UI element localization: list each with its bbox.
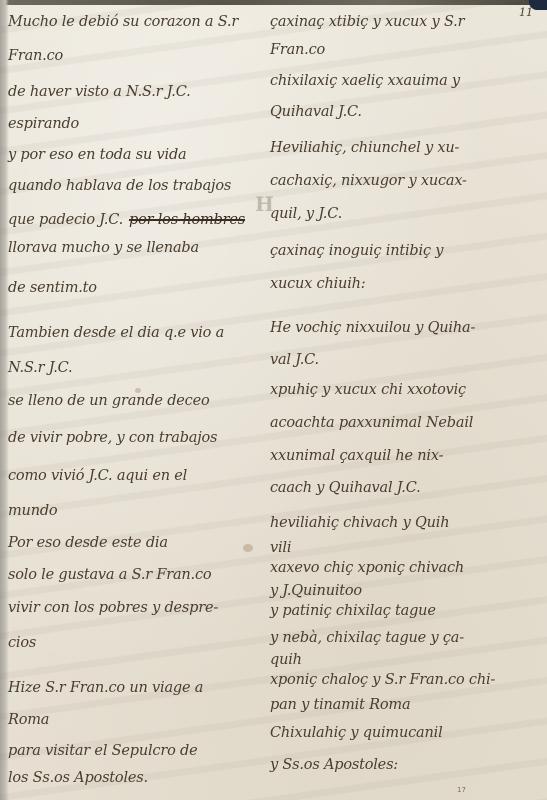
- manuscript-line: Mucho le debió su corazon a S.r: [8, 14, 238, 30]
- line-text: caach y Quihaval J.C.: [270, 480, 421, 496]
- line-text: val J.C.: [270, 352, 319, 368]
- line-text: Fran.co: [270, 42, 325, 58]
- manuscript-line: çaxinaç xtibiç y xucux y S.r: [270, 14, 464, 30]
- manuscript-line: cios: [8, 635, 36, 651]
- line-text: acoachta paxxunimal Nebail: [270, 415, 473, 431]
- line-text: quih: [270, 652, 302, 668]
- manuscript-line: Fran.co: [270, 42, 325, 58]
- manuscript-line: de vivir pobre, y con trabajos: [8, 430, 217, 446]
- manuscript-line: pan y tinamit Roma: [270, 697, 410, 713]
- manuscript-line: espirando: [8, 116, 79, 132]
- line-text: quil, y J.C.: [270, 206, 342, 222]
- line-text: cachaxiç, nixxugor y xucax-: [270, 173, 467, 189]
- manuscript-line: chixilaxiç xaeliç xxauima y: [270, 73, 460, 89]
- manuscript-line: quil, y J.C.: [270, 206, 342, 222]
- line-text: He vochiç nixxuilou y Quiha-: [270, 320, 475, 336]
- paper-stain: [243, 544, 253, 552]
- line-text: xxunimal çaxquil he nix-: [270, 448, 443, 464]
- line-text: como vivió J.C. aqui en el: [8, 468, 187, 484]
- line-text: Tambien desde el dia q.e vio a: [8, 325, 224, 341]
- manuscript-line: He vochiç nixxuilou y Quiha-: [270, 320, 475, 336]
- manuscript-line: y Ss.os Apostoles:: [270, 757, 398, 773]
- line-text: xpuhiç y xucux chi xxotoviç: [270, 382, 466, 398]
- line-text: xaxevo chiç xponiç chivach: [270, 560, 464, 576]
- manuscript-line: como vivió J.C. aqui en el: [8, 468, 187, 484]
- line-text: Heviliahiç, chiunchel y xu-: [270, 140, 459, 156]
- line-text: Chixulahiç y quimucanil: [270, 725, 443, 741]
- manuscript-line: llorava mucho y se llenaba: [8, 240, 199, 256]
- line-text: y J.Quinuitoo: [270, 583, 362, 599]
- manuscript-line: y patiniç chixilaç tague: [270, 603, 436, 619]
- page-mark: 17: [457, 786, 466, 794]
- line-text: y patiniç chixilaç tague: [270, 603, 436, 619]
- line-text: çaxinaç inoguiç intibiç y: [270, 243, 443, 259]
- manuscript-page: H 11 Mucho le debió su corazon a S.rFran…: [0, 0, 547, 800]
- manuscript-line: çaxinaç inoguiç intibiç y: [270, 243, 443, 259]
- manuscript-line: xponiç chaloç y S.r Fran.co chi-: [270, 672, 495, 688]
- line-text: y nebà, chixilaç tague y ça-: [270, 630, 464, 646]
- manuscript-line: quih: [270, 652, 302, 668]
- line-text: los Ss.os Apostoles.: [8, 770, 148, 786]
- line-text: xucux chiuih:: [270, 276, 365, 292]
- line-text: de haver visto a N.S.r J.C.: [8, 84, 190, 100]
- line-text: para visitar el Sepulcro de: [8, 743, 198, 759]
- line-text: pan y tinamit Roma: [270, 697, 410, 713]
- line-text: Fran.co: [8, 48, 63, 64]
- line-text: xponiç chaloç y S.r Fran.co chi-: [270, 672, 495, 688]
- line-text: mundo: [8, 503, 57, 519]
- line-text: heviliahiç chivach y Quih: [270, 515, 449, 531]
- manuscript-line: Heviliahiç, chiunchel y xu-: [270, 140, 459, 156]
- line-text: que padecio J.C.: [8, 212, 123, 228]
- line-text: chixilaxiç xaeliç xxauima y: [270, 73, 460, 89]
- line-text: llorava mucho y se llenaba: [8, 240, 199, 256]
- manuscript-line: Roma: [8, 712, 49, 728]
- line-text: Mucho le debió su corazon a S.r: [8, 14, 238, 30]
- manuscript-line: caach y Quihaval J.C.: [270, 480, 421, 496]
- manuscript-line: acoachta paxxunimal Nebail: [270, 415, 473, 431]
- manuscript-line: val J.C.: [270, 352, 319, 368]
- line-text: vili: [270, 540, 291, 556]
- line-text: solo le gustava a S.r Fran.co: [8, 567, 211, 583]
- line-text: cios: [8, 635, 36, 651]
- manuscript-line: Tambien desde el dia q.e vio a: [8, 325, 224, 341]
- manuscript-line: N.S.r J.C.: [8, 360, 72, 376]
- manuscript-line: y nebà, chixilaç tague y ça-: [270, 630, 464, 646]
- manuscript-line: mundo: [8, 503, 57, 519]
- line-text: se lleno de un grande deceo: [8, 393, 210, 409]
- manuscript-line: para visitar el Sepulcro de: [8, 743, 198, 759]
- page-top-edge: [0, 0, 547, 5]
- line-text: y Ss.os Apostoles:: [270, 757, 398, 773]
- line-text: Quihaval J.C.: [270, 104, 362, 120]
- manuscript-line: vivir con los pobres y despre-: [8, 600, 218, 616]
- manuscript-line: xucux chiuih:: [270, 276, 365, 292]
- manuscript-line: de sentim.to: [8, 280, 97, 296]
- struck-through-text: por los hombres: [129, 212, 245, 228]
- manuscript-line: Fran.co: [8, 48, 63, 64]
- manuscript-line: y por eso en toda su vida: [8, 147, 186, 163]
- manuscript-line: Hize S.r Fran.co un viage a: [8, 680, 203, 696]
- line-text: Hize S.r Fran.co un viage a: [8, 680, 203, 696]
- manuscript-line: que padecio J.C.por los hombres: [8, 212, 245, 228]
- manuscript-line: Chixulahiç y quimucanil: [270, 725, 443, 741]
- line-text: quando hablava de los trabajos: [8, 178, 231, 194]
- manuscript-line: cachaxiç, nixxugor y xucax-: [270, 173, 467, 189]
- manuscript-line: vili: [270, 540, 291, 556]
- manuscript-line: y J.Quinuitoo: [270, 583, 362, 599]
- manuscript-line: solo le gustava a S.r Fran.co: [8, 567, 211, 583]
- manuscript-line: Quihaval J.C.: [270, 104, 362, 120]
- line-text: çaxinaç xtibiç y xucux y S.r: [270, 14, 464, 30]
- manuscript-line: se lleno de un grande deceo: [8, 393, 210, 409]
- manuscript-line: Por eso desde este dia: [8, 535, 168, 551]
- manuscript-line: los Ss.os Apostoles.: [8, 770, 148, 786]
- line-text: espirando: [8, 116, 79, 132]
- manuscript-line: heviliahiç chivach y Quih: [270, 515, 449, 531]
- manuscript-line: xxunimal çaxquil he nix-: [270, 448, 443, 464]
- line-text: vivir con los pobres y despre-: [8, 600, 218, 616]
- manuscript-line: xaxevo chiç xponiç chivach: [270, 560, 464, 576]
- line-text: Por eso desde este dia: [8, 535, 168, 551]
- line-text: de vivir pobre, y con trabajos: [8, 430, 217, 446]
- manuscript-line: de haver visto a N.S.r J.C.: [8, 84, 190, 100]
- line-text: N.S.r J.C.: [8, 360, 72, 376]
- manuscript-line: quando hablava de los trabajos: [8, 178, 231, 194]
- line-text: Roma: [8, 712, 49, 728]
- manuscript-line: xpuhiç y xucux chi xxotoviç: [270, 382, 466, 398]
- folio-number: 11: [519, 6, 533, 19]
- line-text: de sentim.to: [8, 280, 97, 296]
- line-text: y por eso en toda su vida: [8, 147, 186, 163]
